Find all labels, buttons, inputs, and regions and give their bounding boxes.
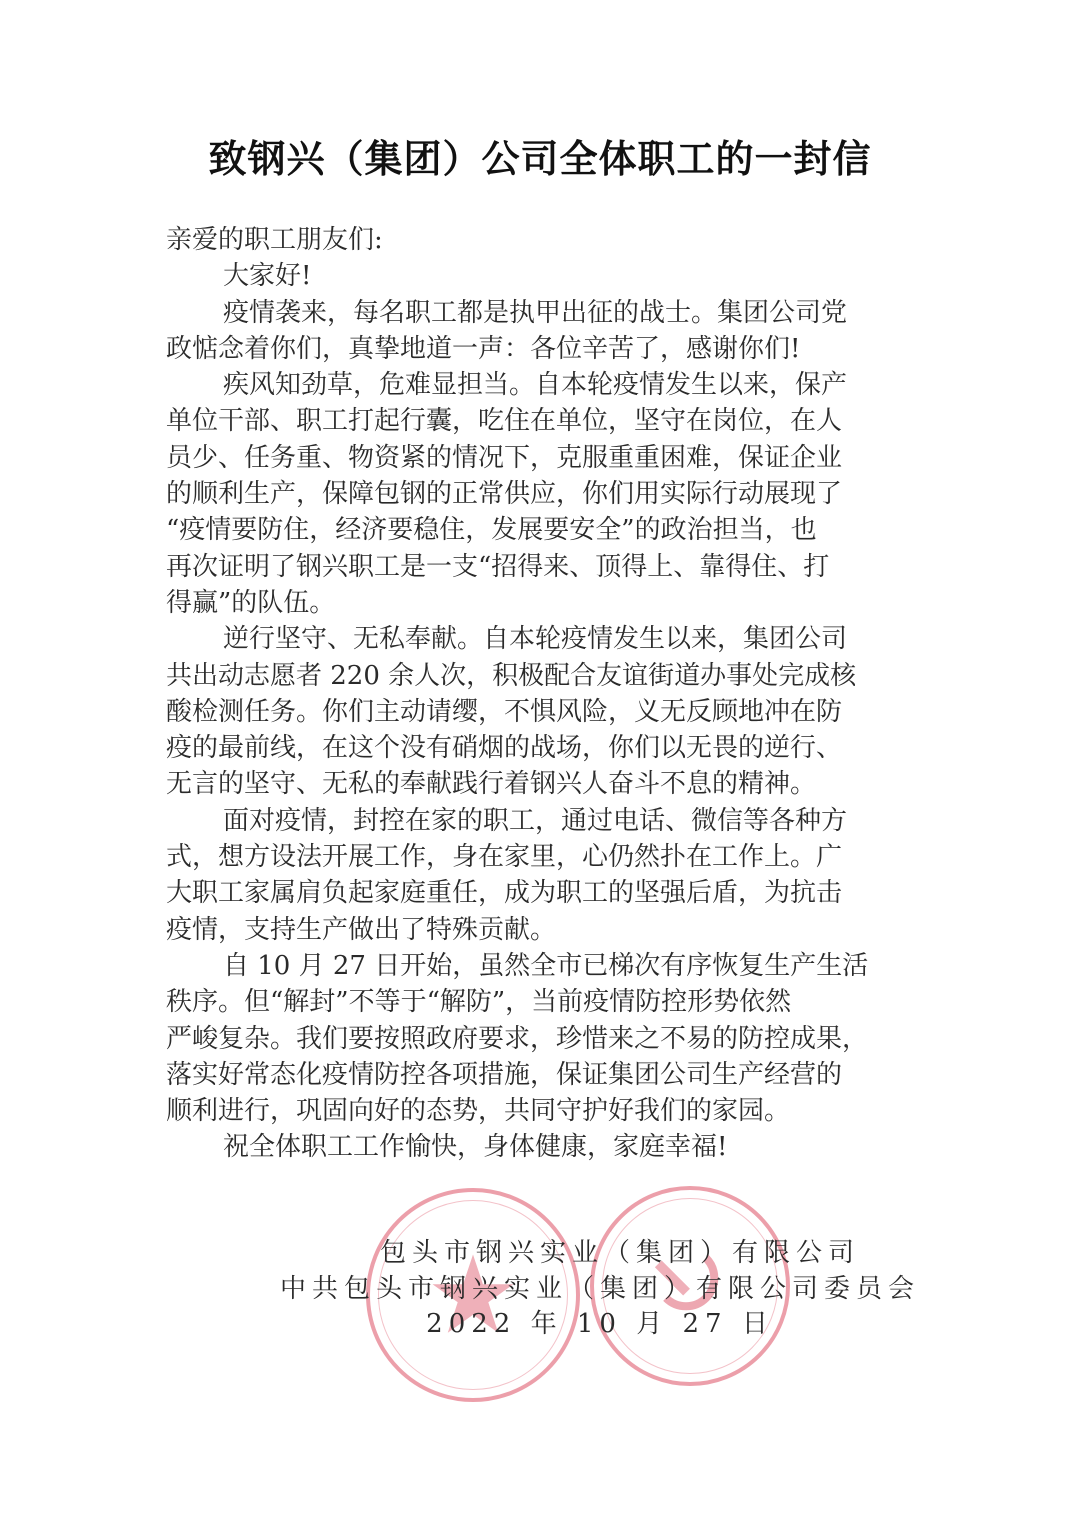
signature-committee: 中共包头市钢兴实业（集团）有限公司委员会 <box>60 1268 1080 1305</box>
letter-line: 酸检测任务。你们主动请缨，不惧风险，义无反顾地冲在防 <box>166 694 916 730</box>
letter-body: 亲爱的职工朋友们: 大家好!疫情袭来，每名职工都是执甲出征的战士。集团公司党政惦… <box>166 222 916 1166</box>
signature-date: 2022 年 10 月 27 日 <box>60 1303 1080 1340</box>
letter-line: 逆行坚守、无私奉献。自本轮疫情发生以来，集团公司 <box>166 621 916 657</box>
letter-line: 共出动志愿者 220 余人次，积极配合友谊街道办事处完成核 <box>166 658 916 694</box>
letter-line: 式，想方设法开展工作，身在家里，心仍然扑在工作上。广 <box>166 839 916 875</box>
letter-line: 大家好! <box>166 258 916 294</box>
letter-line: 得赢”的队伍。 <box>166 585 916 621</box>
letter-line: 政惦念着你们，真挚地道一声：各位辛苦了，感谢你们! <box>166 331 916 367</box>
letter-line: 顺利进行，巩固向好的态势，共同守护好我们的家园。 <box>166 1093 916 1129</box>
signature-company: 包头市钢兴实业（集团）有限公司 <box>80 1232 1080 1269</box>
letter-line: 面对疫情，封控在家的职工，通过电话、微信等各种方 <box>166 803 916 839</box>
salutation: 亲爱的职工朋友们: <box>166 222 916 258</box>
letter-title: 致钢兴（集团）公司全体职工的一封信 <box>0 128 1080 183</box>
letter-line: 祝全体职工工作愉快，身体健康，家庭幸福! <box>166 1129 916 1165</box>
letter-line: 疫的最前线，在这个没有硝烟的战场，你们以无畏的逆行、 <box>166 730 916 766</box>
letter-line: 落实好常态化疫情防控各项措施，保证集团公司生产经营的 <box>166 1057 916 1093</box>
letter-line: 自 10 月 27 日开始，虽然全市已梯次有序恢复生产生活 <box>166 948 916 984</box>
letter-line: 员少、任务重、物资紧的情况下，克服重重困难，保证企业 <box>166 440 916 476</box>
letter-line: 疫情袭来，每名职工都是执甲出征的战士。集团公司党 <box>166 295 916 331</box>
letter-line: 再次证明了钢兴职工是一支“招得来、顶得上、靠得住、打 <box>166 549 916 585</box>
letter-line: 秩序。但“解封”不等于“解防”，当前疫情防控形势依然 <box>166 984 916 1020</box>
letter-line: 无言的坚守、无私的奉献践行着钢兴人奋斗不息的精神。 <box>166 766 916 802</box>
letter-line: 大职工家属肩负起家庭重任，成为职工的坚强后盾，为抗击 <box>166 875 916 911</box>
letter-line: 疫情，支持生产做出了特殊贡献。 <box>166 912 916 948</box>
letter-line: 疾风知劲草，危难显担当。自本轮疫情发生以来，保产 <box>166 367 916 403</box>
letter-line: “疫情要防住，经济要稳住，发展要安全”的政治担当，也 <box>166 512 916 548</box>
letter-line: 严峻复杂。我们要按照政府要求，珍惜来之不易的防控成果， <box>166 1021 916 1057</box>
letter-line: 的顺利生产，保障包钢的正常供应，你们用实际行动展现了 <box>166 476 916 512</box>
letter-line: 单位干部、职工打起行囊，吃住在单位，坚守在岗位，在人 <box>166 403 916 439</box>
